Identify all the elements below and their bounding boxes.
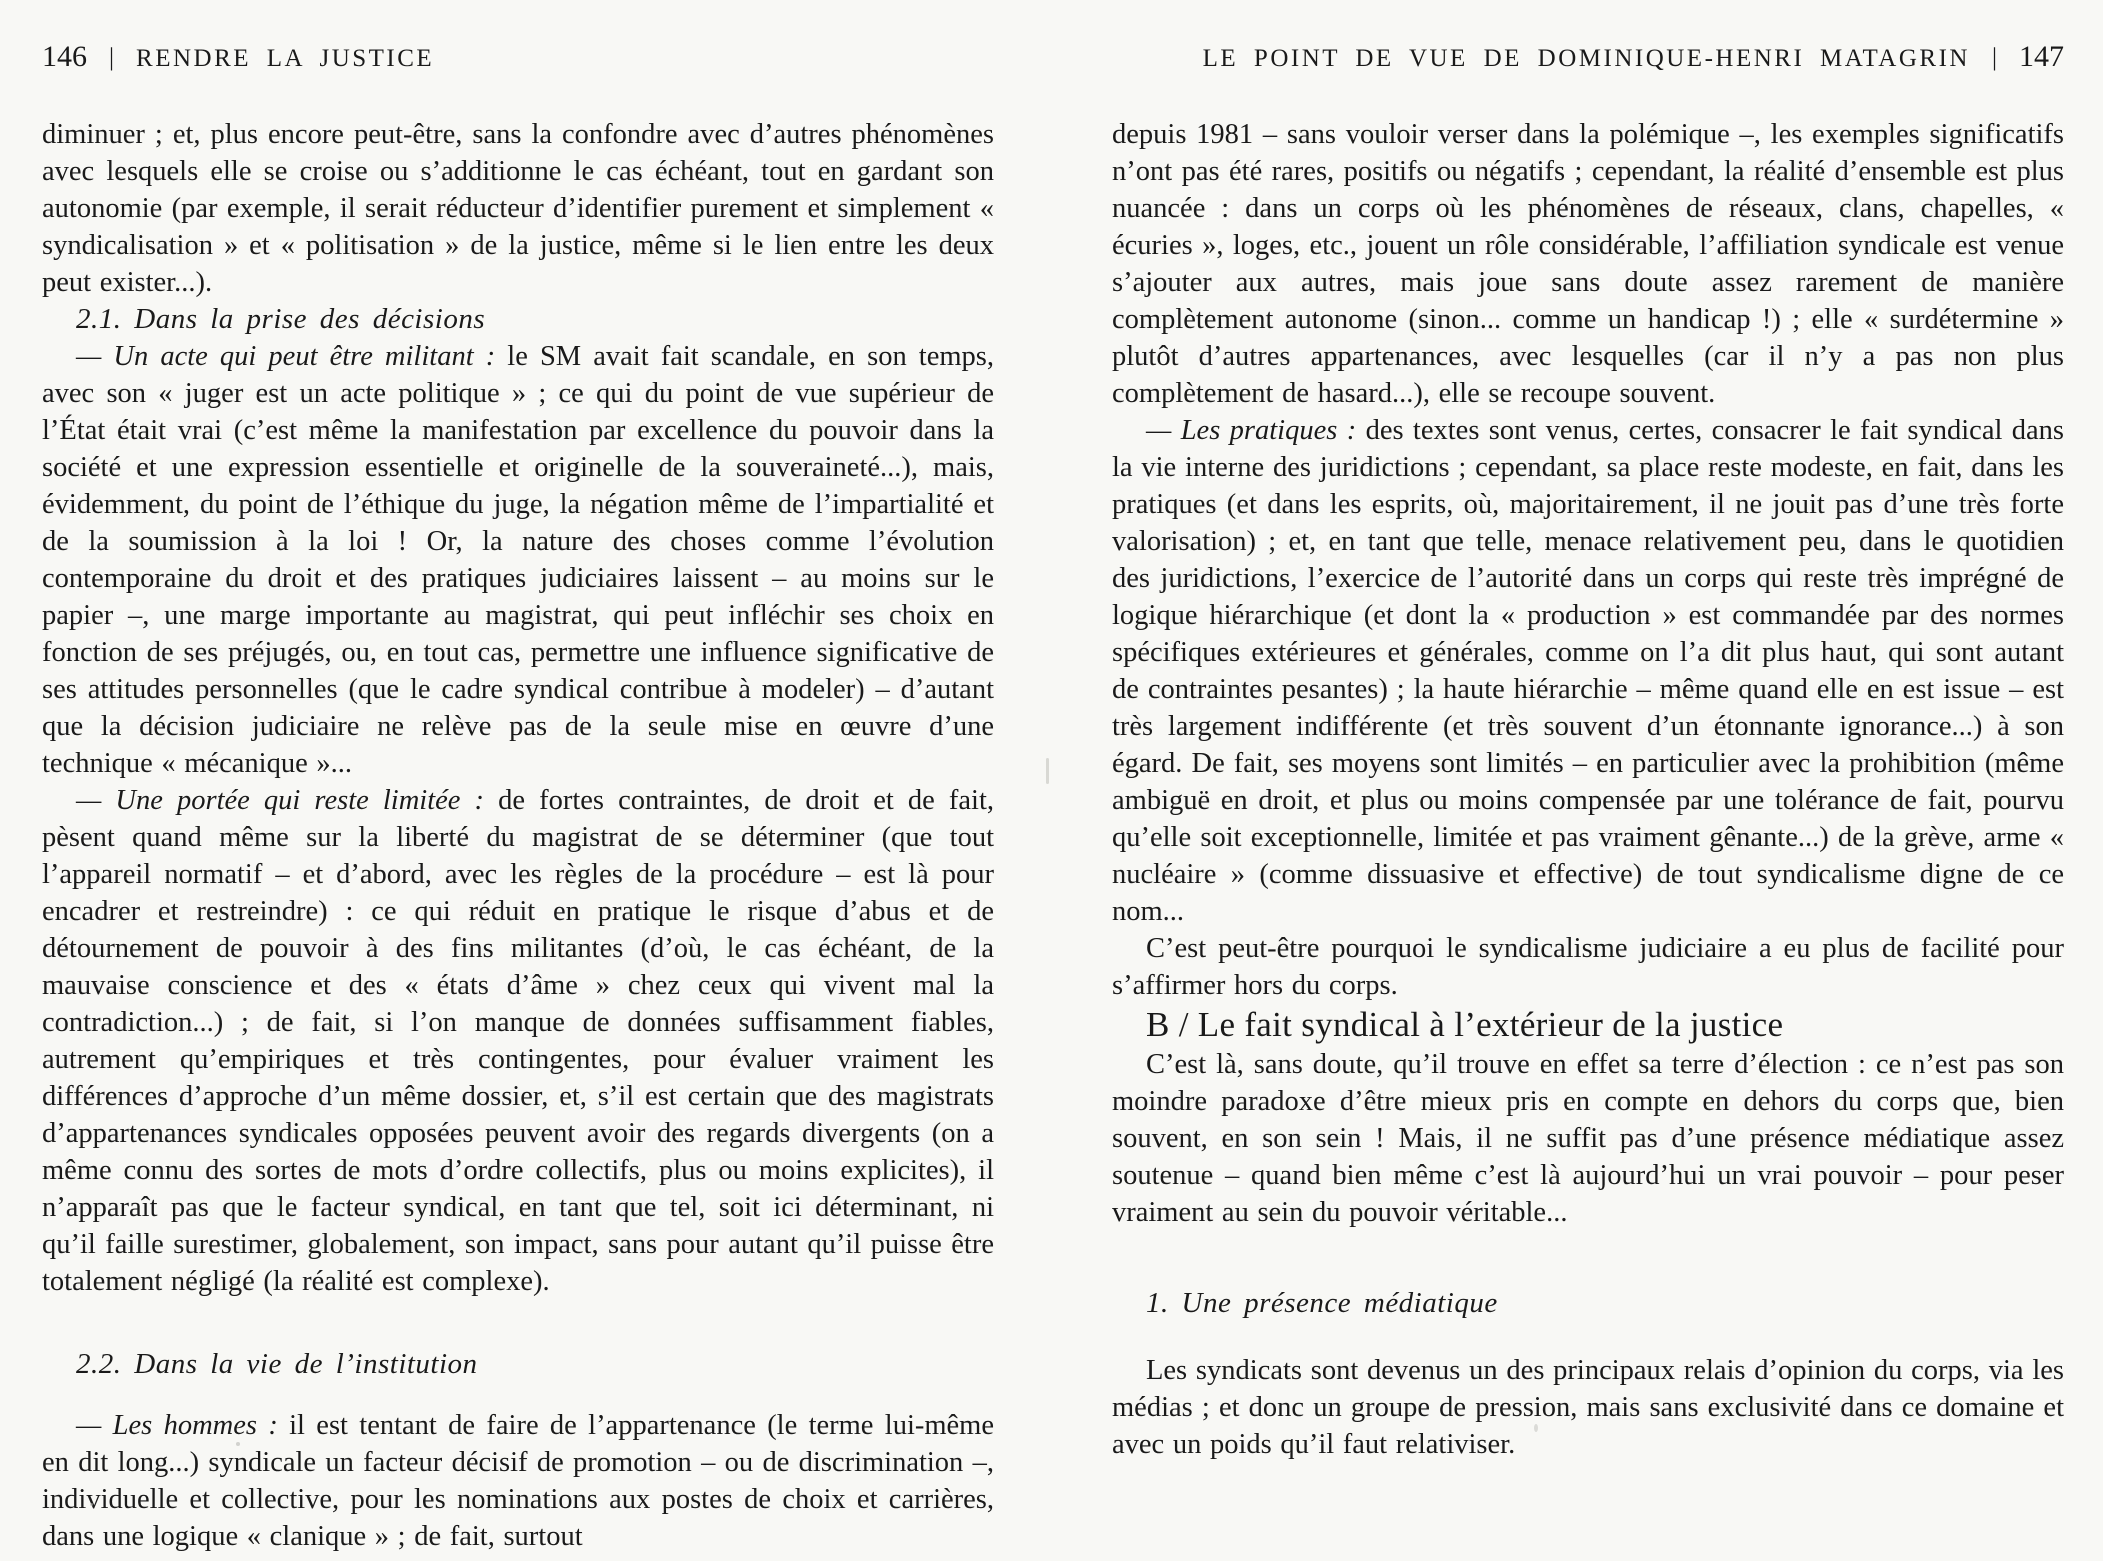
page-body-left: diminuer ; et, plus encore peut-être, sa… — [42, 116, 994, 1555]
paragraph-lead: — Un acte qui peut être militant : — [76, 341, 495, 372]
subsection-heading: 2.2. Dans la vie de l’institution — [42, 1346, 994, 1383]
scan-speck — [1046, 758, 1049, 784]
page-number: 146 — [42, 40, 87, 74]
paragraph-lead: — Les pratiques : — [1146, 415, 1356, 446]
book-scan-spread: 146 | RENDRE LA JUSTICE diminuer ; et, p… — [0, 0, 2103, 1561]
page-number: 147 — [2019, 40, 2064, 74]
page-header-right: LE POINT DE VUE DE DOMINIQUE-HENRI MATAG… — [1112, 40, 2064, 74]
paragraph-lead: — Une portée qui reste limitée : — [76, 785, 484, 816]
page-header-left: 146 | RENDRE LA JUSTICE — [42, 40, 994, 74]
paragraph: C’est peut-être pourquoi le syndicalisme… — [1112, 930, 2064, 1004]
paragraph: — Les pratiques : des textes sont venus,… — [1112, 412, 2064, 930]
subsection-heading: 1. Une présence médiatique — [1112, 1285, 2064, 1322]
paragraph: — Les hommes : il est tentant de faire d… — [42, 1407, 994, 1555]
page-left: 146 | RENDRE LA JUSTICE diminuer ; et, p… — [42, 40, 994, 1555]
running-title: RENDRE LA JUSTICE — [136, 45, 434, 73]
page-body-right: depuis 1981 – sans vouloir verser dans l… — [1112, 116, 2064, 1463]
paragraph-text: de fortes contraintes, de droit et de fa… — [42, 785, 994, 1297]
running-title: LE POINT DE VUE DE DOMINIQUE-HENRI MATAG… — [1203, 45, 1970, 73]
paragraph: — Une portée qui reste limitée : de fort… — [42, 782, 994, 1300]
header-separator: | — [1992, 44, 1997, 72]
section-heading: B / Le fait syndical à l’extérieur de la… — [1112, 1004, 2064, 1046]
paragraph-lead: — Les hommes : — [76, 1410, 278, 1441]
page-right: LE POINT DE VUE DE DOMINIQUE-HENRI MATAG… — [1112, 40, 2064, 1463]
paragraph-text: des textes sont venus, certes, consacrer… — [1112, 415, 2064, 927]
paragraph: Les syndicats sont devenus un des princi… — [1112, 1352, 2064, 1463]
paragraph: — Un acte qui peut être militant : le SM… — [42, 338, 994, 782]
subsection-heading: 2.1. Dans la prise des décisions — [42, 301, 994, 338]
header-separator: | — [109, 44, 114, 72]
paragraph-continuation: depuis 1981 – sans vouloir verser dans l… — [1112, 116, 2064, 412]
paragraph-text: le SM avait fait scandale, en son temps,… — [42, 341, 994, 779]
scan-speck — [1534, 1424, 1538, 1432]
paragraph-continuation: diminuer ; et, plus encore peut-être, sa… — [42, 116, 994, 301]
scan-speck — [90, 1503, 93, 1506]
paragraph: C’est là, sans doute, qu’il trouve en ef… — [1112, 1046, 2064, 1231]
scan-speck — [236, 1442, 240, 1446]
